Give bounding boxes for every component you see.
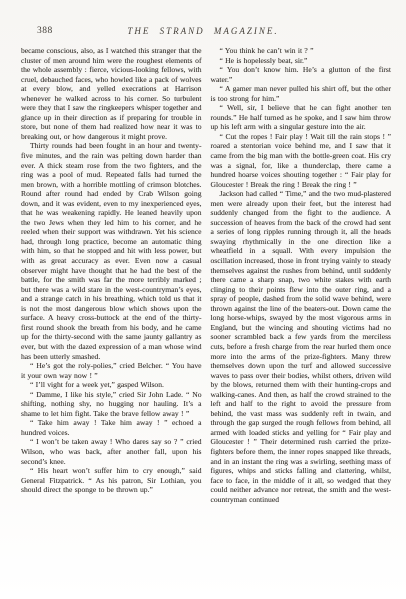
paragraph: “ His heart won’t suffer him to cry enou… [21, 466, 202, 495]
left-column: became conscious, also, as I watched thi… [21, 46, 202, 504]
paragraph: “ Well, sir, I believe that he can fight… [211, 103, 392, 132]
paragraph: “ Damme, I like his style,” cried Sir Jo… [21, 390, 202, 419]
paragraph: “ I won’t be taken away ! Who dares say … [21, 437, 202, 466]
paragraph: “ I’ll vight for a week yet,” gasped Wil… [21, 380, 202, 390]
page-header: 388 THE STRAND MAGAZINE. [0, 0, 406, 46]
right-column: “ You think he can’t win it ? ” “ He is … [211, 46, 392, 504]
paragraph: “ Take him away ! Take him away ! ” echo… [21, 418, 202, 437]
paragraph: Jackson had called “ Time,” and the two … [211, 189, 392, 504]
paragraph: “ You think he can’t win it ? ” [211, 46, 392, 56]
paragraph: “ He’s got the roly-polies,” cried Belch… [21, 361, 202, 380]
paragraph: “ A gamer man never pulled his shirt off… [211, 84, 392, 103]
magazine-title: THE STRAND MAGAZINE. [0, 26, 406, 36]
text-columns: became conscious, also, as I watched thi… [0, 46, 406, 504]
paragraph: “ You don’t know him. He’s a glutton of … [211, 65, 392, 84]
paragraph: Thirty rounds had been fought in an hour… [21, 141, 202, 361]
paragraph: “ Cut the ropes ! Fair play ! Wait till … [211, 132, 392, 189]
paragraph: “ He is hopelessly beat, sir.” [211, 56, 392, 66]
magazine-page: 388 THE STRAND MAGAZINE. became consciou… [0, 0, 406, 599]
paragraph: became conscious, also, as I watched thi… [21, 46, 202, 141]
